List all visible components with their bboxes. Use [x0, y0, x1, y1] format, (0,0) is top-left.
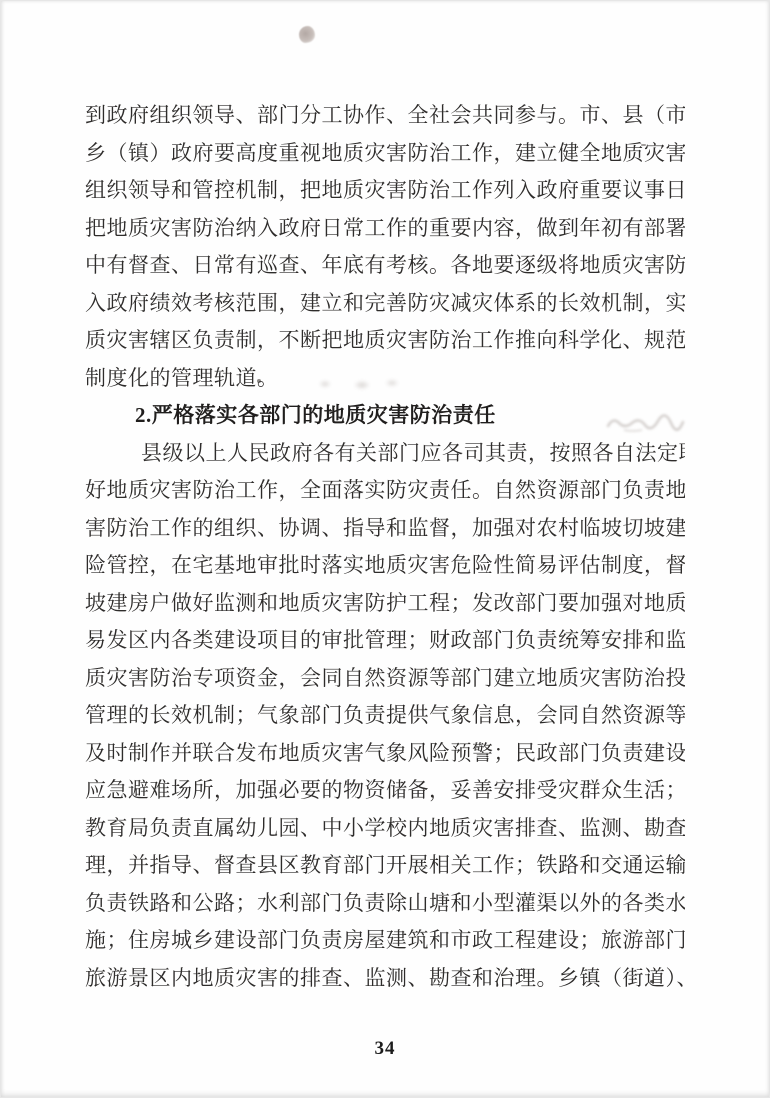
body-text-line: 险管控，在宅基地审批时落实地质灾害危险性简易评估制度，督促切 — [85, 547, 685, 585]
body-text-line: 管理的长效机制；气象部门负责提供气象信息，会同自然资源等部门 — [85, 697, 685, 735]
scan-smudge-artifact — [299, 26, 315, 43]
document-page: 到政府组织领导、部门分工协作、全社会共同参与。市、县（市、区）、 乡（镇）政府要… — [0, 0, 770, 1098]
section-heading: 2.严格落实各部门的地质灾害防治责任 — [85, 397, 685, 435]
body-text-line: 质灾害辖区负责制，不断把地质灾害防治工作推向科学化、规范化、 — [85, 322, 685, 360]
body-text-line: 旅游景区内地质灾害的排查、监测、勘查和治理。乡镇（街道）、村 — [85, 960, 685, 998]
body-text-line: 入政府绩效考核范围，建立和完善防灾减灾体系的长效机制，实行地 — [85, 285, 685, 323]
body-text-line: 好地质灾害防治工作，全面落实防灾责任。自然资源部门负责地质灾 — [85, 472, 685, 510]
body-text-line: 理，并指导、督查县区教育部门开展相关工作；铁路和交通运输部门 — [85, 847, 685, 885]
body-text-line: 及时制作并联合发布地质灾害气象风险预警；民政部门负责建设完善 — [85, 735, 685, 773]
body-text-line: 教育局负责直属幼儿园、中小学校内地质灾害排查、监测、勘查和治 — [85, 810, 685, 848]
body-text-line: 把地质灾害防治纳入政府日常工作的重要内容，做到年初有部署、年 — [85, 210, 685, 248]
body-text-line: 负责铁路和公路；水利部门负责除山塘和小型灌渠以外的各类水利设 — [85, 885, 685, 923]
body-text-line: 制度化的管理轨道。 — [85, 360, 685, 398]
body-text-line: 坡建房户做好监测和地质灾害防护工程；发改部门要加强对地质灾害 — [85, 585, 685, 623]
body-text-line: 易发区内各类建设项目的审批管理；财政部门负责统筹安排和监管地 — [85, 622, 685, 660]
body-text-line: 质灾害防治专项资金，会同自然资源等部门建立地质灾害防治投入、 — [85, 660, 685, 698]
body-text-line: 施；住房城乡建设部门负责房屋建筑和市政工程建设；旅游部门负责 — [85, 922, 685, 960]
body-text-line: 应急避难场所，加强必要的物资储备，妥善安排受灾群众生活；市级 — [85, 772, 685, 810]
body-text-line: 害防治工作的组织、协调、指导和监督，加强对农村临坡切坡建房风 — [85, 510, 685, 548]
body-text-line: 中有督查、日常有巡查、年底有考核。各地要逐级将地质灾害防治纳 — [85, 247, 685, 285]
body-text-line: 乡（镇）政府要高度重视地质灾害防治工作，建立健全地质灾害防治 — [85, 135, 685, 173]
body-text-block: 到政府组织领导、部门分工协作、全社会共同参与。市、县（市、区）、 乡（镇）政府要… — [85, 97, 685, 997]
body-text-line: 到政府组织领导、部门分工协作、全社会共同参与。市、县（市、区）、 — [85, 97, 685, 135]
page-number: 34 — [0, 1038, 770, 1060]
body-text-line: 县级以上人民政府各有关部门应各司其责，按照各自法定职责做 — [85, 435, 685, 473]
body-text-line: 组织领导和管控机制，把地质灾害防治工作列入政府重要议事日程， — [85, 172, 685, 210]
